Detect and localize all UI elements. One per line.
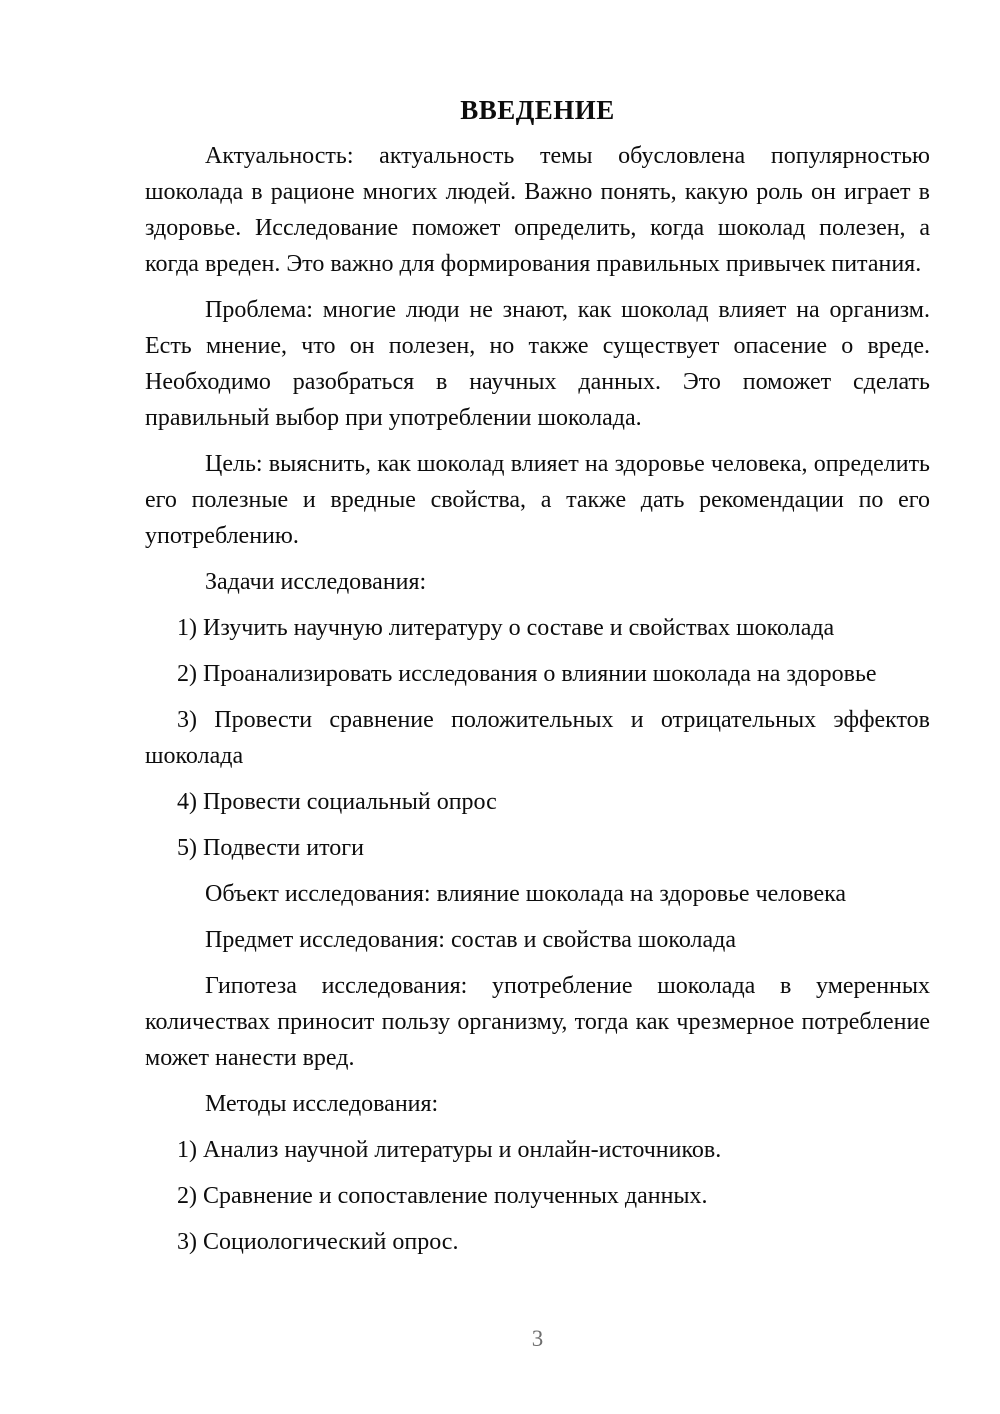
task-item-4: 4) Провести социальный опрос	[145, 784, 930, 820]
page-number: 3	[145, 1324, 930, 1354]
task-item-1: 1) Изучить научную литературу о составе …	[145, 610, 930, 646]
paragraph-goal: Цель: выяснить, как шоколад влияет на зд…	[145, 446, 930, 554]
method-item-2: 2) Сравнение и сопоставление полученных …	[145, 1178, 930, 1214]
task-item-3: 3) Провести сравнение положительных и от…	[145, 702, 930, 774]
document-content: ВВЕДЕНИЕ Актуальность: актуальность темы…	[145, 0, 930, 1270]
method-item-3: 3) Социологический опрос.	[145, 1224, 930, 1260]
paragraph-problem: Проблема: многие люди не знают, как шоко…	[145, 292, 930, 436]
methods-heading: Методы исследования:	[145, 1086, 930, 1122]
task-item-5: 5) Подвести итоги	[145, 830, 930, 866]
paragraph-subject: Предмет исследования: состав и свойства …	[145, 922, 930, 958]
tasks-heading: Задачи исследования:	[145, 564, 930, 600]
document-page: ВВЕДЕНИЕ Актуальность: актуальность темы…	[0, 0, 1000, 1414]
paragraph-hypothesis: Гипотеза исследования: употребление шоко…	[145, 968, 930, 1076]
method-item-1: 1) Анализ научной литературы и онлайн-ис…	[145, 1132, 930, 1168]
paragraph-object: Объект исследования: влияние шоколада на…	[145, 876, 930, 912]
task-item-2: 2) Проанализировать исследования о влиян…	[145, 656, 930, 692]
paragraph-relevance: Актуальность: актуальность темы обусловл…	[145, 138, 930, 282]
page-title: ВВЕДЕНИЕ	[145, 92, 930, 128]
